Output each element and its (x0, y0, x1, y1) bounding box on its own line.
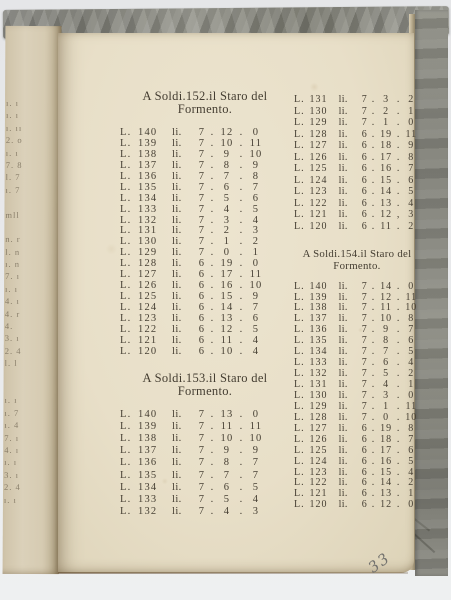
denari-value: 2 (403, 477, 420, 488)
prev-page-text-fragment: ı. ı (5, 284, 21, 296)
row-prefix: L. (120, 258, 138, 269)
row-prefix: L. (120, 291, 138, 302)
weight-value: 126 (310, 434, 339, 445)
li-label: li. (172, 506, 196, 517)
denari-value: 11 (403, 129, 420, 140)
row-prefix: L. (294, 186, 310, 197)
lire-value: 7 (196, 160, 208, 171)
soldi-value: 3 (217, 215, 237, 226)
row-prefix: L. (120, 457, 138, 468)
prev-page-text-fragment: 4. ı (5, 296, 21, 308)
table-row: L.125li.6.15.9 (120, 291, 290, 302)
denari-value: 5 (246, 324, 266, 335)
table-row: L.128li.6.19.11 (294, 129, 420, 141)
weight-value: 137 (310, 313, 339, 324)
row-prefix: L. (120, 225, 138, 236)
separator-dot: . (395, 117, 403, 128)
weight-value: 134 (138, 482, 172, 493)
denari-value: 10 (246, 433, 266, 444)
table-row: L.133li.7.6.4 (294, 357, 420, 368)
denari-value: 1 (403, 379, 420, 390)
table-row: L.121li.6.12,3 (294, 209, 420, 221)
row-prefix: L. (120, 236, 138, 247)
separator-dot: . (370, 281, 378, 292)
denari-value: 7 (246, 457, 266, 468)
denari-value: 5 (403, 456, 420, 467)
separator-dot: . (395, 94, 403, 105)
separator-dot: . (370, 368, 378, 379)
denari-value: 5 (403, 186, 420, 197)
soldi-value: 3 (377, 94, 394, 105)
separator-dot: . (237, 335, 246, 346)
table-row: L.131li.7.2.3 (120, 225, 290, 236)
li-label: li. (172, 494, 196, 505)
li-label: li. (339, 335, 360, 346)
separator-dot: . (208, 138, 217, 149)
soldi-value: 16 (377, 456, 394, 467)
separator-dot: . (237, 258, 246, 269)
prev-page-text-fragment: ı. ı (6, 110, 22, 122)
table-row: L.124li.6.15.6 (294, 175, 420, 187)
weight-value: 130 (310, 390, 339, 401)
soldi-value: 11 (377, 302, 394, 313)
weight-value: 134 (138, 193, 172, 204)
row-prefix: L. (294, 357, 310, 368)
row-prefix: L. (120, 470, 138, 481)
separator-dot: . (208, 335, 217, 346)
weight-value: 129 (310, 117, 339, 128)
separator-dot: . (370, 324, 378, 335)
lire-value: 6 (360, 423, 370, 434)
prev-page-text-fragment: 4. ı (4, 445, 20, 457)
denari-value: 8 (403, 423, 420, 434)
soldi-value: 18 (377, 434, 394, 445)
li-label: li. (172, 433, 196, 444)
table-row: L.138li.7.11.10 (294, 302, 420, 313)
separator-dot: . (395, 423, 403, 434)
lire-value: 7 (196, 445, 208, 456)
weight-value: 138 (310, 302, 339, 313)
separator-dot: . (395, 401, 403, 412)
lire-value: 7 (196, 409, 208, 420)
separator-dot: . (395, 445, 403, 456)
table-row: L.133li.7.5.4 (120, 494, 290, 506)
separator-dot: . (370, 209, 378, 220)
soldi-value: 2 (217, 225, 237, 236)
separator-dot: . (395, 335, 403, 346)
soldi-value: 0 (217, 247, 237, 258)
separator-dot: . (370, 412, 378, 423)
li-label: li. (339, 412, 360, 423)
table-row: L.121li.6.11.4 (120, 335, 290, 346)
separator-dot: . (395, 313, 403, 324)
table-row: L.137li.7.9.9 (120, 445, 290, 457)
row-prefix: L. (294, 324, 310, 335)
denari-value: 3 (246, 506, 266, 517)
row-prefix: L. (120, 506, 138, 517)
prev-page-text-fragment: l. 7 (6, 172, 22, 184)
lire-value: 6 (360, 467, 370, 478)
soldi-value: 9 (217, 445, 237, 456)
weight-value: 139 (138, 421, 172, 432)
denari-value: 1 (403, 106, 420, 117)
table-row: L.133li.7.4.5 (120, 204, 290, 215)
weight-value: 128 (310, 412, 339, 423)
soldi-value: 16 (217, 280, 237, 291)
lire-value: 7 (196, 470, 208, 481)
row-prefix: L. (120, 494, 138, 505)
li-label: li. (172, 138, 196, 149)
weight-value: 124 (310, 175, 339, 186)
soldi-value: 5 (377, 368, 394, 379)
table-row: L.140li.7.13.0 (120, 409, 290, 421)
row-prefix: L. (294, 467, 310, 478)
separator-dot: . (370, 499, 378, 510)
separator-dot: . (395, 292, 403, 303)
lire-value: 7 (196, 433, 208, 444)
li-label: li. (339, 434, 360, 445)
li-label: li. (339, 152, 360, 163)
lire-value: 7 (196, 506, 208, 517)
weight-value: 129 (138, 247, 172, 258)
weight-value: 121 (310, 488, 339, 499)
separator-dot: . (370, 456, 378, 467)
soldi-value: 11 (217, 421, 237, 432)
separator-dot: . (370, 467, 378, 478)
separator-dot: . (237, 421, 246, 432)
separator-dot: . (237, 225, 246, 236)
li-label: li. (339, 445, 360, 456)
lire-value: 7 (360, 324, 370, 335)
weight-value: 121 (310, 209, 339, 220)
denari-value: 5 (403, 346, 420, 357)
separator-dot: . (370, 94, 378, 105)
row-prefix: L. (294, 346, 310, 357)
table-header-line2: Formento. (120, 103, 290, 116)
table-row: L.137li.7.8.9 (120, 160, 290, 171)
separator-dot: . (237, 482, 246, 493)
separator-dot: . (237, 506, 246, 517)
separator-dot: . (208, 302, 217, 313)
li-label: li. (339, 221, 360, 232)
separator-dot: . (370, 292, 378, 303)
soldi-value: 3 (377, 390, 394, 401)
li-label: li. (172, 302, 196, 313)
li-label: li. (172, 182, 196, 193)
denari-value: 7 (403, 324, 420, 335)
row-prefix: L. (294, 488, 310, 499)
soldi-value: 1 (377, 401, 394, 412)
li-label: li. (339, 94, 360, 105)
soldi-value: 7 (217, 470, 237, 481)
table-row: L.139li.7.11.11 (120, 421, 290, 433)
denari-value: 4 (403, 357, 420, 368)
row-prefix: L. (294, 445, 310, 456)
lire-value: 7 (196, 457, 208, 468)
table-row: L.129li.7.1.11 (294, 401, 420, 412)
li-label: li. (172, 313, 196, 324)
lire-value: 6 (360, 140, 370, 151)
table-row: L.127li.6.19.8 (294, 423, 420, 434)
weight-value: 137 (138, 445, 172, 456)
lire-value: 6 (196, 258, 208, 269)
weight-value: 139 (138, 138, 172, 149)
row-prefix: L. (120, 280, 138, 291)
soldi-value: 13 (377, 198, 394, 209)
separator-dot: . (237, 127, 246, 138)
lire-value: 7 (360, 379, 370, 390)
prev-page-text-fragment: mll (5, 209, 21, 221)
separator-dot: . (237, 160, 246, 171)
table-row: L.120li.6.11.2 (294, 221, 420, 233)
table-row: L.136li.7.7.8 (120, 171, 290, 182)
weight-value: 130 (138, 236, 172, 247)
separator-dot: . (370, 221, 378, 232)
row-prefix: L. (120, 127, 138, 138)
li-label: li. (339, 313, 360, 324)
row-prefix: L. (294, 221, 310, 232)
table-row: L.126li.6.18.7 (294, 434, 420, 445)
separator-dot: . (395, 357, 403, 368)
denari-value: 9 (246, 445, 266, 456)
lire-value: 7 (196, 182, 208, 193)
prev-page-text-fragment (5, 222, 21, 234)
prev-page-text-fragment: 7. ı (4, 432, 20, 444)
prev-page-text-fragment: ı. 7 (6, 185, 22, 197)
li-label: li. (339, 379, 360, 390)
table-row: L.122li.6.14.2 (294, 477, 420, 488)
separator-dot: . (370, 129, 378, 140)
lire-value: 6 (196, 346, 208, 357)
separator-dot: . (237, 445, 246, 456)
li-label: li. (172, 269, 196, 280)
separator-dot: . (395, 129, 403, 140)
row-prefix: L. (120, 335, 138, 346)
lire-value: 7 (196, 421, 208, 432)
separator-dot: . (370, 335, 378, 346)
denari-value: 6 (403, 335, 420, 346)
row-prefix: L. (294, 117, 310, 128)
separator-dot: . (395, 456, 403, 467)
denari-value: 4 (403, 467, 420, 478)
separator-dot: . (208, 269, 217, 280)
soldi-value: 2 (377, 106, 394, 117)
separator-dot: . (208, 236, 217, 247)
price-table: L.140li.7.14.0L.139li.7.12.11L.138li.7.1… (294, 281, 420, 511)
table-header: A Soldi.153.il Staro delFormento. (120, 372, 290, 398)
separator-dot: . (370, 140, 378, 151)
prev-page-text-fragment: 2. 4 (4, 482, 20, 494)
row-prefix: L. (120, 313, 138, 324)
weight-value: 124 (310, 456, 339, 467)
separator-dot: . (237, 138, 246, 149)
prev-page-text-fragment: ı. 7 (4, 408, 20, 420)
denari-value: 3 (246, 225, 266, 236)
soldi-value: 9 (377, 324, 394, 335)
separator-dot: . (395, 488, 403, 499)
prev-page-text-fragment (5, 370, 21, 382)
weight-value: 131 (310, 379, 339, 390)
soldi-value: 10 (377, 313, 394, 324)
soldi-value: 16 (377, 163, 394, 174)
separator-dot: . (208, 171, 217, 182)
li-label: li. (172, 160, 196, 171)
table-row: L.131li.7.3.2 (294, 94, 420, 106)
denari-value: 10 (246, 149, 266, 160)
separator-dot: . (395, 106, 403, 117)
separator-dot: . (208, 433, 217, 444)
table-row: L.136li.7.8.7 (120, 457, 290, 469)
separator-dot: . (370, 175, 378, 186)
separator-dot: . (208, 182, 217, 193)
separator-dot: . (208, 258, 217, 269)
weight-value: 127 (310, 140, 339, 151)
table-row: L.129li.7.0.1 (120, 247, 290, 258)
lire-value: 7 (360, 390, 370, 401)
prev-page-text-fragment: ı. ı (6, 98, 22, 110)
lire-value: 7 (196, 215, 208, 226)
weight-value: 120 (310, 221, 339, 232)
li-label: li. (339, 106, 360, 117)
soldi-value: 4 (377, 379, 394, 390)
denari-value: 0 (403, 499, 420, 510)
separator-dot: . (237, 302, 246, 313)
li-label: li. (339, 423, 360, 434)
separator-dot: . (395, 281, 403, 292)
prev-page-text-fragment: l. n (5, 247, 21, 259)
separator-dot: . (237, 409, 246, 420)
lire-value: 7 (196, 204, 208, 215)
lire-value: 7 (196, 247, 208, 258)
row-prefix: L. (294, 281, 310, 292)
soldi-value: 4 (217, 204, 237, 215)
table-row: L.130li.7.2.1 (294, 106, 420, 118)
lire-value: 7 (360, 357, 370, 368)
row-prefix: L. (120, 193, 138, 204)
separator-dot: . (237, 215, 246, 226)
li-label: li. (172, 470, 196, 481)
denari-value: 10 (403, 412, 420, 423)
soldi-value: 1 (377, 117, 394, 128)
row-prefix: L. (120, 269, 138, 280)
lire-value: 6 (360, 499, 370, 510)
denari-value: 11 (246, 421, 266, 432)
book-page: A Soldi.152.il Staro delFormento.L.140li… (58, 33, 414, 573)
lire-value: 7 (196, 149, 208, 160)
soldi-value: 6 (377, 357, 394, 368)
table-row: L.134li.7.5.6 (120, 193, 290, 204)
denari-value: 11 (246, 138, 266, 149)
separator-dot: . (237, 182, 246, 193)
separator-dot: . (395, 434, 403, 445)
prev-page-text-fragment: ı. ı (4, 494, 20, 506)
lire-value: 6 (196, 335, 208, 346)
table-row: L.120li.6.10.4 (120, 346, 290, 357)
weight-value: 122 (138, 324, 172, 335)
weight-value: 133 (138, 494, 172, 505)
li-label: li. (339, 324, 360, 335)
soldi-value: 10 (217, 138, 237, 149)
denari-value: 6 (246, 313, 266, 324)
weight-value: 127 (138, 269, 172, 280)
separator-dot: . (370, 117, 378, 128)
denari-value: 4 (246, 494, 266, 505)
denari-value: 9 (246, 291, 266, 302)
separator-dot: . (208, 457, 217, 468)
soldi-value: 12 (377, 292, 394, 303)
table-row: L.131li.7.4.1 (294, 379, 420, 390)
soldi-value: 13 (217, 313, 237, 324)
separator-dot: . (237, 313, 246, 324)
soldi-value: 9 (217, 149, 237, 160)
table-row: L.122li.6.12.5 (120, 324, 290, 335)
weight-value: 134 (310, 346, 339, 357)
weight-value: 133 (138, 204, 172, 215)
denari-value: 1 (403, 488, 420, 499)
li-label: li. (339, 477, 360, 488)
prev-page-text-fragment: 4. r (5, 308, 21, 320)
weight-value: 138 (138, 149, 172, 160)
prev-page-text-fragment: ı. ı (4, 457, 20, 469)
denari-value: 0 (246, 127, 266, 138)
row-prefix: L. (294, 302, 310, 313)
weight-value: 133 (310, 357, 339, 368)
row-prefix: L. (294, 152, 310, 163)
denari-value: 4 (246, 215, 266, 226)
row-prefix: L. (294, 129, 310, 140)
li-label: li. (339, 198, 360, 209)
table-row: L.120li.6.12.0 (294, 499, 420, 510)
soldi-value: 7 (217, 171, 237, 182)
table-row: L.135li.7.6.7 (120, 182, 290, 193)
weight-value: 132 (138, 215, 172, 226)
table-row: L.135li.7.7.7 (120, 470, 290, 482)
table-row: L.130li.7.3.0 (294, 390, 420, 401)
row-prefix: L. (294, 198, 310, 209)
table-row: L.124li.6.16.5 (294, 456, 420, 467)
weight-value: 129 (310, 401, 339, 412)
weight-value: 131 (310, 94, 339, 105)
weight-value: 137 (138, 160, 172, 171)
lire-value: 6 (360, 129, 370, 140)
denari-value: 5 (246, 482, 266, 493)
row-prefix: L. (120, 171, 138, 182)
prev-page-text-fragment: 7. 8 (6, 160, 22, 172)
lire-value: 6 (196, 280, 208, 291)
denari-value: 9 (403, 140, 420, 151)
table-row: L.134li.7.7.5 (294, 346, 420, 357)
lire-value: 7 (360, 281, 370, 292)
soldi-value: 19 (377, 423, 394, 434)
weight-value: 122 (310, 477, 339, 488)
separator-dot: . (370, 346, 378, 357)
li-label: li. (172, 127, 196, 138)
soldi-value: 10 (217, 346, 237, 357)
separator-dot: . (370, 186, 378, 197)
soldi-value: 4 (217, 506, 237, 517)
separator-dot: . (395, 346, 403, 357)
separator-dot: . (237, 280, 246, 291)
soldi-value: 5 (217, 193, 237, 204)
denari-value: 11 (403, 401, 420, 412)
separator-dot: . (370, 488, 378, 499)
soldi-value: 17 (217, 269, 237, 280)
separator-dot: . (395, 140, 403, 151)
soldi-value: 14 (217, 302, 237, 313)
table-row: L.130li.7.1.2 (120, 236, 290, 247)
price-table: L.131li.7.3.2L.130li.7.2.1L.129li.7.1.0L… (294, 90, 420, 233)
li-label: li. (172, 445, 196, 456)
